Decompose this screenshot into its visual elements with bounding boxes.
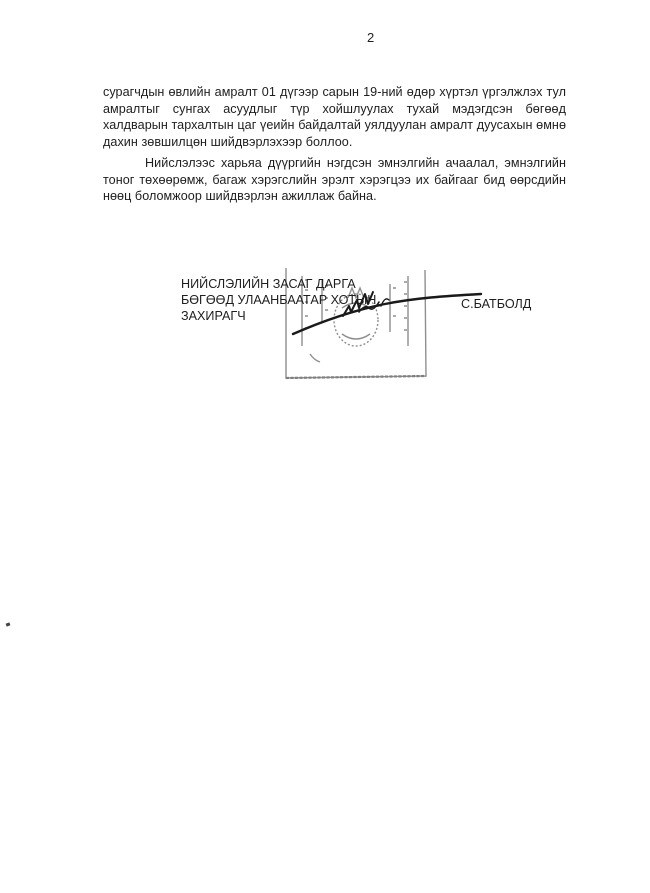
signer-name: С.БАТБОЛД bbox=[461, 297, 531, 311]
paragraph-2: Нийслэлээс харьяа дүүргийн нэгдсэн эмнэл… bbox=[103, 155, 566, 205]
paragraph-1: сурагчдын өвлийн амралт 01 дүгээр сарын … bbox=[103, 84, 566, 150]
page-number: 2 bbox=[367, 30, 374, 45]
signature-title-line: БӨГӨӨД УЛААНБААТАР ХОТЫН bbox=[181, 292, 376, 308]
scan-artifact bbox=[6, 622, 11, 626]
signature-title: НИЙСЛЭЛИЙН ЗАСАГ ДАРГА БӨГӨӨД УЛААНБААТА… bbox=[181, 276, 376, 324]
signature-title-line: ЗАХИРАГЧ bbox=[181, 308, 376, 324]
signature-title-line: НИЙСЛЭЛИЙН ЗАСАГ ДАРГА bbox=[181, 276, 376, 292]
